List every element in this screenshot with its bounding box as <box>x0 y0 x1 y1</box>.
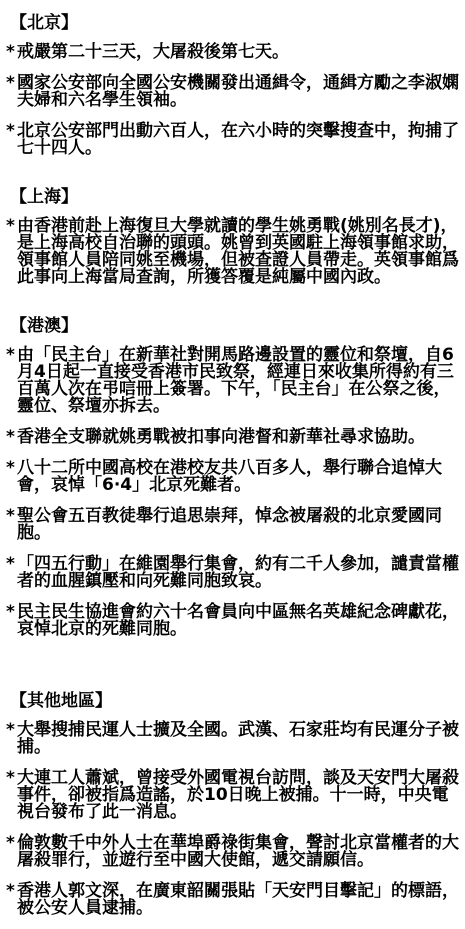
news-item: * 聖公會五百教徒舉行追思崇拜，悼念被屠殺的北京愛國同胞。 <box>0 508 459 542</box>
news-item: * 香港人郭文深，在廣東韶關張貼「天安門目擊記」的標語，被公安人員逮捕。 <box>0 883 459 917</box>
news-item-text: 國家公安部向全國公安機關發出通緝令，通緝方勵之李淑嫻夫婦和六名學生領袖。 <box>17 75 459 109</box>
news-item: * 大舉搜捕民運人士擴及全國。武漢、石家莊均有民運分子被捕。 <box>0 722 459 756</box>
news-item-text: 香港人郭文深，在廣東韶關張貼「天安門目擊記」的標語，被公安人員逮捕。 <box>17 883 459 917</box>
news-item-text: 由「民主台」在新華社對開馬路邊設置的靈位和祭壇，自6月4日起一直接受香港市民致祭… <box>17 347 459 415</box>
news-item: * 戒嚴第二十三天，大屠殺後第七天。 <box>0 44 459 61</box>
section-beijing: 【北京】 * 戒嚴第二十三天，大屠殺後第七天。 * 國家公安部向全國公安機關發出… <box>0 15 459 157</box>
bullet-marker: * <box>6 347 15 364</box>
news-item-text: 戒嚴第二十三天，大屠殺後第七天。 <box>17 44 459 61</box>
news-item: * 香港全支聯就姚勇戰被扣事向港督和新華社尋求協助。 <box>0 429 459 446</box>
news-item-text: 大連工人蕭斌，曾接受外國電視台訪問，談及天安門大屠殺事件，卻被指爲造謠，於10日… <box>17 770 459 821</box>
news-item-text: 倫敦數千中外人士在華埠爵祿街集會，聲討北京當權者的大屠殺罪行，並遊行至中國大使館… <box>17 835 459 869</box>
bullet-marker: * <box>6 556 15 573</box>
section-heading-other-regions: 【其他地區】 <box>10 693 459 710</box>
bullet-marker: * <box>6 722 15 739</box>
news-item-text: 大舉搜捕民運人士擴及全國。武漢、石家莊均有民運分子被捕。 <box>17 722 459 756</box>
section-heading-shanghai: 【上海】 <box>10 189 459 206</box>
news-item-text: 「四五行動」在維園舉行集會，約有二千人參加，譴責當權者的血腥鎮壓和向死難同胞致哀… <box>17 556 459 590</box>
bullet-marker: * <box>6 123 15 140</box>
news-item: * 由「民主台」在新華社對開馬路邊設置的靈位和祭壇，自6月4日起一直接受香港市民… <box>0 347 459 415</box>
news-item: * 「四五行動」在維園舉行集會，約有二千人參加，譴責當權者的血腥鎮壓和向死難同胞… <box>0 556 459 590</box>
news-item: * 大連工人蕭斌，曾接受外國電視台訪問，談及天安門大屠殺事件，卻被指爲造謠，於1… <box>0 770 459 821</box>
bullet-marker: * <box>6 75 15 92</box>
news-item-text: 民主民生協進會約六十名會員向中區無名英雄紀念碑獻花，哀悼北京的死難同胞。 <box>17 604 459 638</box>
section-heading-hongkong-macau: 【港澳】 <box>10 318 459 335</box>
news-item-text: 八十二所中國高校在港校友共八百多人，舉行聯合追悼大會，哀悼「6·4」北京死難者。 <box>17 460 459 494</box>
news-item-text: 北京公安部門出動六百人，在六小時的突擊搜查中，拘捕了七十四人。 <box>17 123 459 157</box>
news-item: * 倫敦數千中外人士在華埠爵祿街集會，聲討北京當權者的大屠殺罪行，並遊行至中國大… <box>0 835 459 869</box>
section-hongkong-macau: 【港澳】 * 由「民主台」在新華社對開馬路邊設置的靈位和祭壇，自6月4日起一直接… <box>0 318 459 638</box>
bullet-marker: * <box>6 218 15 235</box>
section-heading-beijing: 【北京】 <box>10 15 459 32</box>
news-item-text: 聖公會五百教徒舉行追思崇拜，悼念被屠殺的北京愛國同胞。 <box>17 508 459 542</box>
news-item: * 八十二所中國高校在港校友共八百多人，舉行聯合追悼大會，哀悼「6·4」北京死難… <box>0 460 459 494</box>
news-item: * 北京公安部門出動六百人，在六小時的突擊搜查中，拘捕了七十四人。 <box>0 123 459 157</box>
bullet-marker: * <box>6 44 15 61</box>
news-item-text: 香港全支聯就姚勇戰被扣事向港督和新華社尋求協助。 <box>17 429 459 446</box>
news-item: * 國家公安部向全國公安機關發出通緝令，通緝方勵之李淑嫻夫婦和六名學生領袖。 <box>0 75 459 109</box>
bullet-marker: * <box>6 460 15 477</box>
section-other-regions: 【其他地區】 * 大舉搜捕民運人士擴及全國。武漢、石家莊均有民運分子被捕。 * … <box>0 693 459 917</box>
bullet-marker: * <box>6 508 15 525</box>
bullet-marker: * <box>6 835 15 852</box>
bullet-marker: * <box>6 429 15 446</box>
section-shanghai: 【上海】 * 由香港前赴上海復旦大學就讀的學生姚勇戰(姚別名長才)，是上海高校自… <box>0 189 459 286</box>
bullet-marker: * <box>6 604 15 621</box>
bullet-marker: * <box>6 883 15 900</box>
news-digest-document: 【北京】 * 戒嚴第二十三天，大屠殺後第七天。 * 國家公安部向全國公安機關發出… <box>0 0 465 929</box>
news-item: * 民主民生協進會約六十名會員向中區無名英雄紀念碑獻花，哀悼北京的死難同胞。 <box>0 604 459 638</box>
news-item-text: 由香港前赴上海復旦大學就讀的學生姚勇戰(姚別名長才)，是上海高校自治聯的頭頭。姚… <box>17 218 459 286</box>
bullet-marker: * <box>6 770 15 787</box>
news-item: * 由香港前赴上海復旦大學就讀的學生姚勇戰(姚別名長才)，是上海高校自治聯的頭頭… <box>0 218 459 286</box>
